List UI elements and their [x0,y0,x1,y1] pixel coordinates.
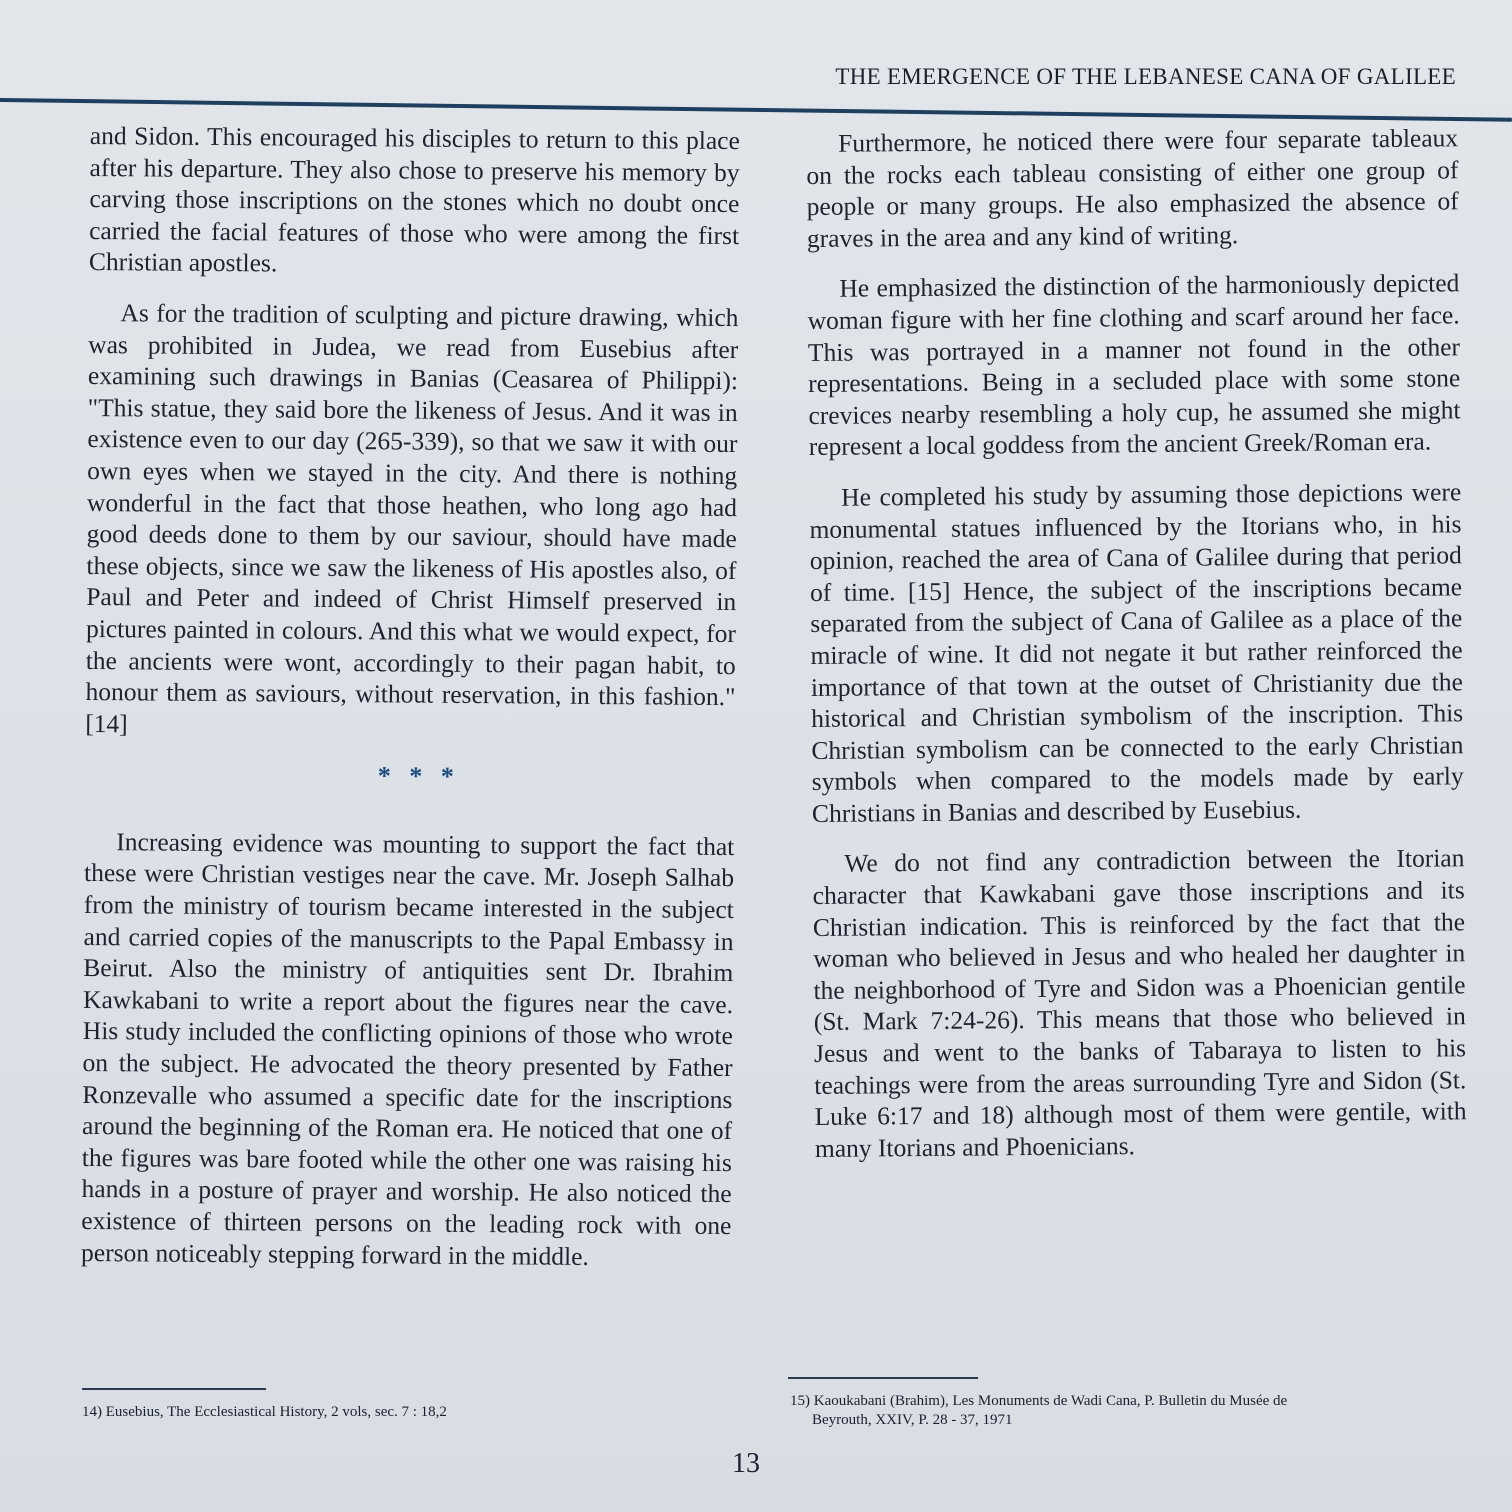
footnote-15-line-1: 15) Kaoukabani (Brahim), Les Monuments d… [790,1393,1287,1409]
page-number: 13 [732,1448,760,1480]
footnote-15-line-2: Beyrouth, XXIV, P. 28 - 37, 1971 [790,1411,1430,1430]
running-header-title: THE EMERGENCE OF THE LEBANESE CANA OF GA… [835,64,1456,90]
paragraph: As for the tradition of sculpting and pi… [85,297,738,744]
right-column: Furthermore, he noticed there were four … [806,122,1467,1183]
paragraph: We do not find any contradiction between… [812,843,1467,1165]
footnote-15: 15) Kaoukabani (Brahim), Les Monuments d… [790,1392,1430,1430]
paragraph: Furthermore, he noticed there were four … [806,122,1459,254]
paragraph: He emphasized the distinction of the har… [807,268,1461,463]
paragraph: He completed his study by assuming those… [809,476,1464,829]
paragraph: and Sidon. This encouraged his disciples… [89,120,740,283]
header-rule [0,98,1512,122]
paragraph: Increasing evidence was mounting to supp… [81,826,734,1273]
section-separator: * * * [85,758,735,795]
footnote-rule-right [788,1377,978,1379]
footnote-14: 14) Eusebius, The Ecclesiastical History… [82,1403,682,1422]
book-page: THE EMERGENCE OF THE LEBANESE CANA OF GA… [0,0,1512,1512]
footnote-rule-left [82,1388,266,1390]
left-column: and Sidon. This encouraged his disciples… [81,120,740,1292]
